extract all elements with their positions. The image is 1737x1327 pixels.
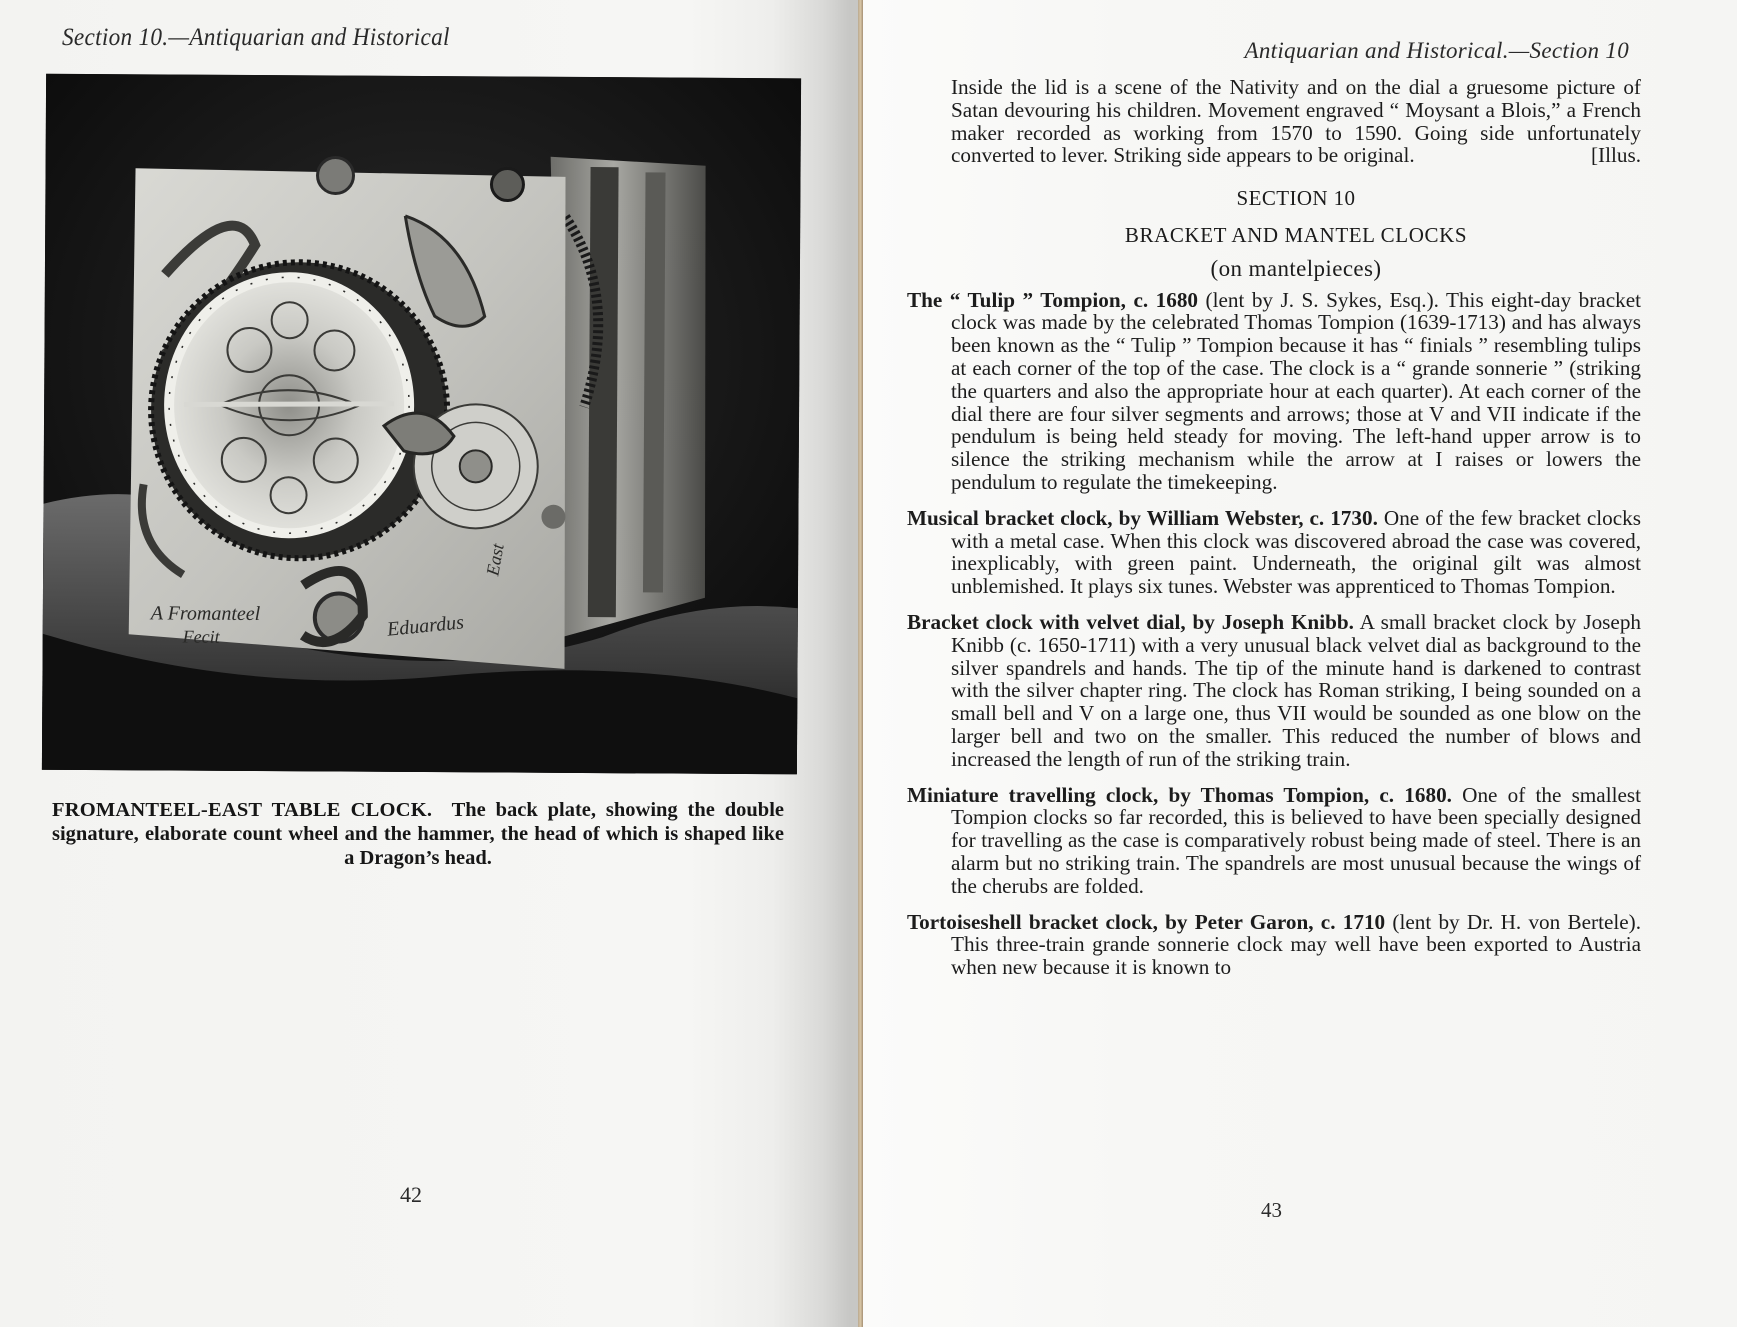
- section-subtitle: (on mantelpieces): [951, 258, 1641, 281]
- svg-text:A Fromanteel: A Fromanteel: [149, 602, 261, 625]
- entry-heading: Miniature travelling clock, by Thomas To…: [907, 783, 1452, 807]
- entry-heading: Bracket clock with velvet dial, by Josep…: [907, 610, 1354, 634]
- left-page: Section 10.—Antiquarian and Historical: [0, 0, 858, 1327]
- clock-back-plate-illustration: A Fromanteel Fecit Eduardus East: [42, 74, 801, 775]
- catalogue-entry: Miniature travelling clock, by Thomas To…: [907, 784, 1641, 898]
- caption-title: FROMANTEEL-EAST TABLE CLOCK.: [52, 799, 432, 821]
- entry-heading: Musical bracket clock, by William Webste…: [907, 506, 1378, 530]
- entry-heading: Tortoiseshell bracket clock, by Peter Ga…: [907, 910, 1385, 934]
- section-number: SECTION 10: [951, 187, 1641, 210]
- catalogue-entry: Bracket clock with velvet dial, by Josep…: [907, 611, 1641, 771]
- entry-heading: The “ Tulip ” Tompion, c. 1680: [907, 288, 1198, 312]
- catalogue-entry: The “ Tulip ” Tompion, c. 1680 (lent by …: [907, 289, 1641, 494]
- right-page: Antiquarian and Historical.—Section 10 I…: [863, 0, 1737, 1327]
- continued-paragraph-text: Inside the lid is a scene of the Nativit…: [951, 75, 1641, 167]
- continued-paragraph: Inside the lid is a scene of the Nativit…: [951, 76, 1641, 167]
- entry-body: A small bracket clock by Joseph Knibb (c…: [951, 610, 1641, 771]
- section-title: BRACKET AND MANTEL CLOCKS: [951, 224, 1641, 247]
- illus-mark: [Illus.: [1591, 144, 1641, 167]
- page-number-right: 43: [1261, 1198, 1282, 1223]
- running-head-right: Antiquarian and Historical.—Section 10: [1245, 38, 1630, 64]
- svg-text:Fecit: Fecit: [182, 627, 221, 647]
- clock-photograph: A Fromanteel Fecit Eduardus East: [42, 74, 801, 775]
- page-number-left: 42: [400, 1182, 422, 1208]
- catalogue-entry: Musical bracket clock, by William Webste…: [907, 507, 1641, 598]
- catalogue-entry: Tortoiseshell bracket clock, by Peter Ga…: [907, 911, 1641, 979]
- right-page-text: Inside the lid is a scene of the Nativit…: [951, 76, 1641, 979]
- running-head-left: Section 10.—Antiquarian and Historical: [62, 24, 450, 52]
- entry-body: (lent by J. S. Sykes, Esq.). This eight-…: [951, 288, 1641, 494]
- illustration-caption: FROMANTEEL-EAST TABLE CLOCK. The back pl…: [52, 798, 784, 870]
- book-spread: Section 10.—Antiquarian and Historical: [0, 0, 1737, 1327]
